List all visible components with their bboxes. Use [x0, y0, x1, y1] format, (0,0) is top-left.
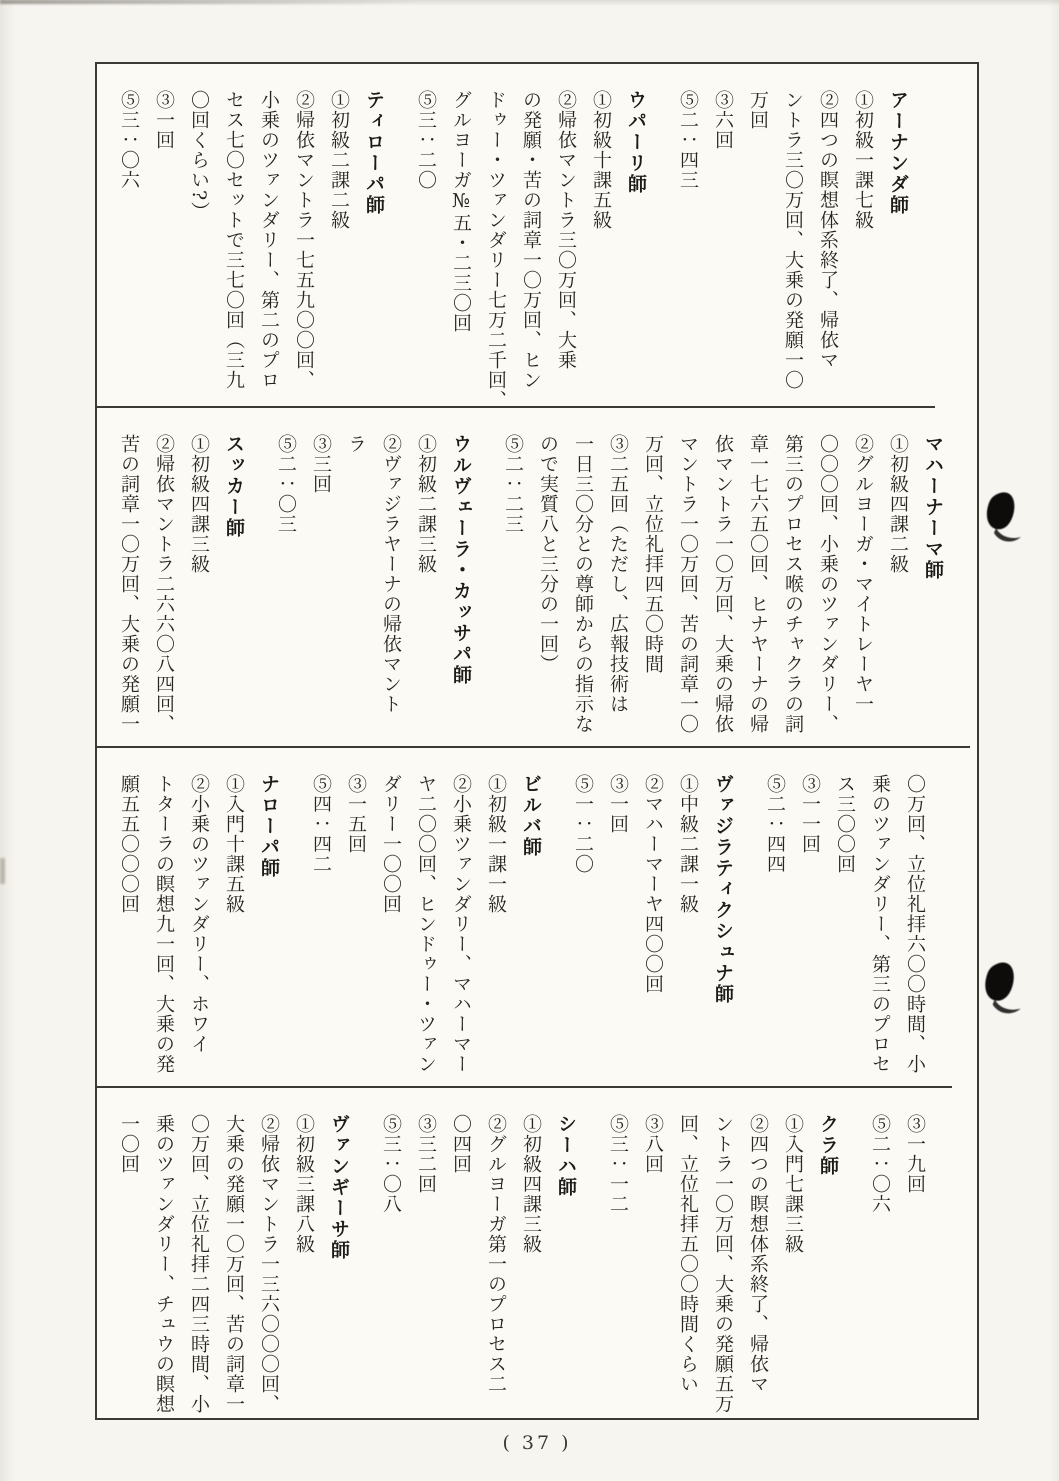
- text-line: ⑤三：〇八: [373, 1114, 408, 1412]
- text-line: ントラ三〇万回、大乗の発願一〇: [775, 90, 810, 400]
- text-line: ①初級二課三級: [408, 434, 443, 740]
- text-line: ③一五回: [338, 774, 373, 1080]
- text-line: ⑤二：〇六: [862, 1114, 897, 1412]
- text-line: の発願・苦の詞章一〇万回、ヒン: [513, 90, 548, 400]
- master-name: ティローパ師: [356, 90, 391, 400]
- text-line: ③一回: [600, 774, 635, 1080]
- text-line: ⑤三：二〇: [408, 90, 443, 400]
- text-line: ③三回: [303, 434, 338, 740]
- scan-left-mark: [0, 858, 5, 884]
- text-line: ヤ二〇〇回、ヒンドゥー・ツァン: [408, 774, 443, 1080]
- text-line: 一〇回: [111, 1114, 146, 1412]
- text-line: ①初級十課五級: [583, 90, 618, 400]
- text-line: 〇四回: [443, 1114, 478, 1412]
- text-line: ②小乗のツァンダリー、ホワイ: [181, 774, 216, 1080]
- band-3: 〇万回、立位礼拝六〇〇時間、小乗のツァンダリー、第三のプロセス三〇〇回③一一回⑤…: [97, 748, 952, 1088]
- text-line: 〇〇〇回、小乗のツァンダリー、: [810, 434, 845, 740]
- text-line: ②帰依マントラ一三六〇〇〇回、: [251, 1114, 286, 1412]
- text-line: 〇万回、立位礼拝二四三時間、小: [181, 1114, 216, 1412]
- master-name: クラ師: [810, 1114, 845, 1412]
- master-name: ナローパ師: [251, 774, 286, 1080]
- band-1: アーナンダ師①初級一課七級②四つの瞑想体系終了、帰依マントラ三〇万回、大乗の発願…: [97, 64, 935, 408]
- text-line: ③一回: [146, 90, 181, 400]
- text-line: ⑤二：〇三: [268, 434, 303, 740]
- text-line: 第三のプロセス喉のチャクラの詞: [775, 434, 810, 740]
- text-line: 乗のツァンダリー、チュウの瞑想: [146, 1114, 181, 1412]
- text-line: ②ヴァジラヤーナの帰依マント: [373, 434, 408, 740]
- text-line: ②グルヨーガ第一のプロセス二: [478, 1114, 513, 1412]
- text-line: ⑤二：四四: [757, 774, 792, 1080]
- text-line: ②帰依マントラ二六六〇八四回、: [146, 434, 181, 740]
- text-line: ①初級一課一級: [478, 774, 513, 1080]
- text-line: ⑤三：〇六: [111, 90, 146, 400]
- text-line: セス七〇セットで三七〇回（三九: [216, 90, 251, 400]
- text-line: ラ: [338, 434, 373, 740]
- text-line: 願五五〇〇〇回: [111, 774, 146, 1080]
- text-line: ⑤二：二三: [495, 434, 530, 740]
- text-line: ①初級四課二級: [880, 434, 915, 740]
- text-line: 〇回くらい?）: [181, 90, 216, 400]
- text-line: ②帰依マントラ三〇万回、大乗: [548, 90, 583, 400]
- band-4: ③一九回⑤二：〇六クラ師①入門七課三級②四つの瞑想体系終了、帰依マントラ一〇万回…: [97, 1088, 952, 1418]
- text-line: 万回、立位礼拝四五〇時間: [635, 434, 670, 740]
- master-name: ビルバ師: [513, 774, 548, 1080]
- text-line: ①初級四課三級: [513, 1114, 548, 1412]
- master-name: スッカー師: [216, 434, 251, 740]
- text-line: ②四つの瞑想体系終了、帰依マ: [740, 1114, 775, 1412]
- text-line: ⑤三：一二: [600, 1114, 635, 1412]
- text-line: ⑤一：二〇: [565, 774, 600, 1080]
- master-name: アーナンダ師: [880, 90, 915, 400]
- text-line: ①初級一課七級: [845, 90, 880, 400]
- text-line: ③一九回: [897, 1114, 932, 1412]
- text-line: マントラ一〇万回、苦の詞章一〇: [670, 434, 705, 740]
- text-line: ⑤四：四二: [303, 774, 338, 1080]
- text-line: 乗のツァンダリー、第三のプロセ: [862, 774, 897, 1080]
- master-name: ウパーリ師: [618, 90, 653, 400]
- text-line: ③三二回: [408, 1114, 443, 1412]
- text-line: グルヨーガ№五・二三〇回: [443, 90, 478, 400]
- text-line: 大乗の発願一〇万回、苦の詞章一: [216, 1114, 251, 1412]
- text-line: ②グルヨーガ・マイトレーヤ一: [845, 434, 880, 740]
- text-line: ①初級二課二級: [321, 90, 356, 400]
- text-line: ス三〇〇回: [827, 774, 862, 1080]
- ink-blot-mark: [983, 490, 1023, 546]
- band-2: マハーナーマ師①初級四課二級②グルヨーガ・マイトレーヤ一〇〇〇回、小乗のツァンダ…: [97, 408, 970, 748]
- text-line: 章一七六五〇回、ヒナヤーナの帰: [740, 434, 775, 740]
- text-line: ①初級四課三級: [181, 434, 216, 740]
- text-line: トターラの瞑想九一回、大乗の発: [146, 774, 181, 1080]
- master-name: ヴァジラティクシュナ師: [705, 774, 740, 1080]
- text-line: 依マントラ一〇万回、大乗の帰依: [705, 434, 740, 740]
- text-line: ②小乗ツァンダリー、マハーマー: [443, 774, 478, 1080]
- text-line: 苦の詞章一〇万回、大乗の発願一: [111, 434, 146, 740]
- scanned-document-page: { "page": { "page_number": "( 37 )" }, "…: [0, 0, 1059, 1481]
- text-line: ②マハーマーヤ四〇〇回: [635, 774, 670, 1080]
- text-line: ので実質八と三分の一回）: [530, 434, 565, 740]
- page-number: ( 37 ): [95, 1432, 979, 1454]
- text-line: ③一一回: [792, 774, 827, 1080]
- text-line: ②四つの瞑想体系終了、帰依マ: [810, 90, 845, 400]
- text-line: ③六回: [705, 90, 740, 400]
- text-line: 〇万回、立位礼拝六〇〇時間、小: [897, 774, 932, 1080]
- text-line: 一日三〇分との尊師からの指示な: [565, 434, 600, 740]
- ruled-table-frame: アーナンダ師①初級一課七級②四つの瞑想体系終了、帰依マントラ三〇万回、大乗の発願…: [95, 62, 979, 1420]
- text-line: ドゥー・ツァンダリー七万二千回、: [478, 90, 513, 400]
- text-line: ③八回: [635, 1114, 670, 1412]
- text-line: 小乗のツァンダリー、第二のプロ: [251, 90, 286, 400]
- text-line: ③二五回（ただし、広報技術は: [600, 434, 635, 740]
- master-name: マハーナーマ師: [915, 434, 950, 740]
- text-line: ダリー一〇〇回: [373, 774, 408, 1080]
- scan-top-smudge: [0, 0, 420, 4]
- text-line: ①初級三課八級: [286, 1114, 321, 1412]
- text-line: ②帰依マントラ一七五九〇〇回、: [286, 90, 321, 400]
- ink-blot-mark: [981, 960, 1023, 1018]
- master-name: ウルヴェーラ・カッサパ師: [443, 434, 478, 740]
- text-line: 万回: [740, 90, 775, 400]
- text-line: ントラ一〇万回、大乗の発願五万: [705, 1114, 740, 1412]
- master-name: シーハ師: [548, 1114, 583, 1412]
- text-line: ①入門十課五級: [216, 774, 251, 1080]
- text-line: ⑤二：四三: [670, 90, 705, 400]
- master-name: ヴァンギーサ師: [321, 1114, 356, 1412]
- text-line: ①入門七課三級: [775, 1114, 810, 1412]
- text-line: ①中級二課一級: [670, 774, 705, 1080]
- text-line: 回、立位礼拝五〇〇時間くらい: [670, 1114, 705, 1412]
